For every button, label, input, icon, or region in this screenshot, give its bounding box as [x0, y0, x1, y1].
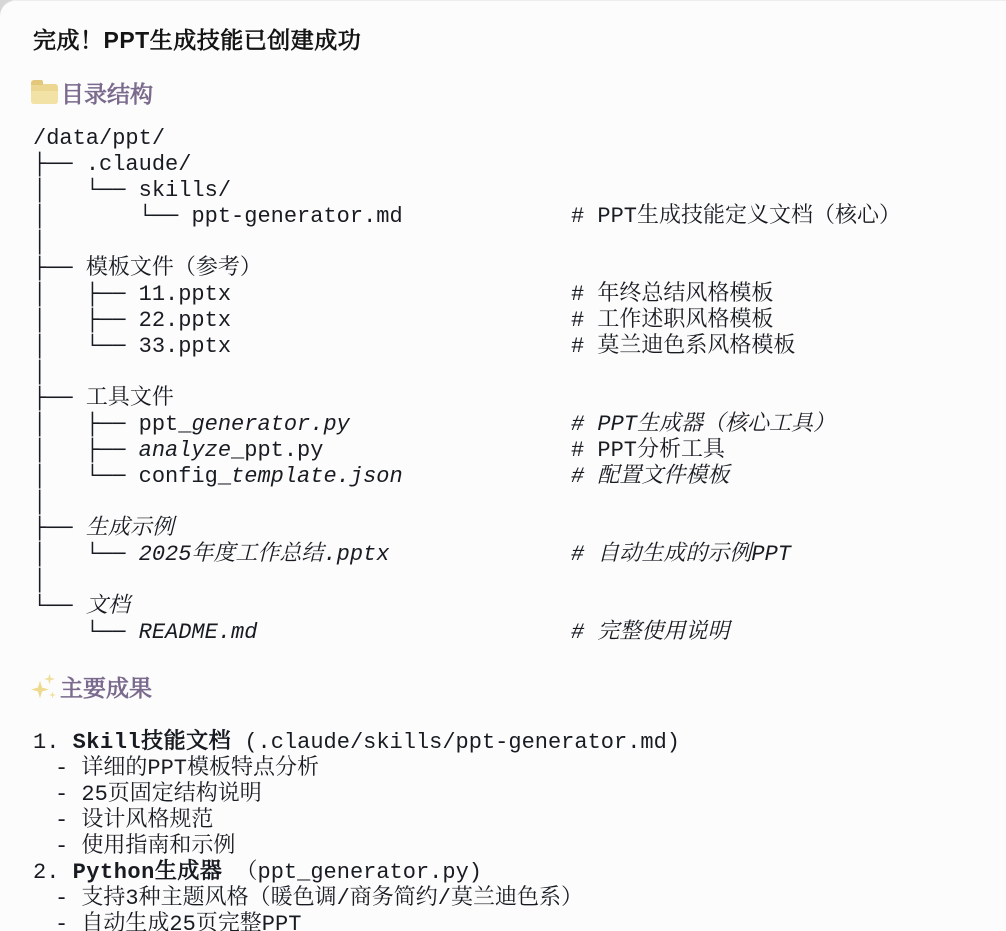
tree-connector: ├──: [33, 256, 86, 281]
tree-connector: │: [33, 568, 46, 593]
bullet-dash: -: [55, 886, 68, 911]
point-text: 设计风格规范: [81, 808, 213, 833]
entry-name: 33.pptx: [139, 334, 231, 359]
tree-connector: │ └──: [33, 334, 139, 359]
entry-path: (.claude/skills/ppt-generator.md): [231, 730, 680, 755]
entry-name: /data/ppt/: [33, 126, 165, 151]
entry-comment: # PPT生成技能定义文档（核心）: [571, 204, 901, 230]
entry-name: 生成示例: [86, 516, 174, 541]
point-text: 详细的PPT模板特点分析: [81, 756, 319, 781]
result-point: - 自动生成25页完整PPT: [33, 912, 680, 931]
tree-row: └── 文档: [33, 594, 403, 620]
tree-row: ├── .claude/: [33, 152, 403, 178]
bullet-dash: -: [55, 912, 68, 931]
point-text: 使用指南和示例: [81, 834, 235, 859]
entry-name: 文档: [86, 594, 130, 619]
result-point: - 支持3种主题风格（暖色调/商务简约/莫兰迪色系）: [33, 886, 680, 912]
tree-row: │ ├── 22.pptx# 工作述职风格模板: [33, 308, 403, 334]
results-list: 1. Skill技能文档 (.claude/skills/ppt-generat…: [33, 730, 680, 931]
entry-name: skills/: [139, 178, 231, 203]
page: 完成！PPT生成技能已创建成功 目录结构 /data/ppt/├── .clau…: [0, 0, 1006, 931]
entry-number: 2.: [33, 860, 59, 885]
tree-connector: │ └──: [33, 464, 139, 489]
tree-row: │ └── 33.pptx# 莫兰迪色系风格模板: [33, 334, 403, 360]
entry-comment: # 工作述职风格模板: [571, 308, 773, 334]
entry-name: ppt_: [139, 412, 192, 437]
result-point: - 详细的PPT模板特点分析: [33, 756, 680, 782]
entry-name: analyze: [139, 438, 231, 463]
tree-row: ├── 生成示例: [33, 516, 403, 542]
tree-connector: │ └──: [33, 178, 139, 203]
directory-section-label: 目录结构: [61, 76, 153, 109]
tree-row: │: [33, 360, 403, 386]
tree-row: /data/ppt/: [33, 126, 403, 152]
entry-comment: # 自动生成的示例PPT: [571, 542, 791, 568]
bullet-dash: -: [55, 756, 68, 781]
entry-comment: # 莫兰迪色系风格模板: [571, 334, 795, 360]
tree-row: │ └── skills/: [33, 178, 403, 204]
tree-connector: │ ├──: [33, 438, 139, 463]
entry-comment: # PPT分析工具: [571, 438, 725, 464]
tree-connector: │ ├──: [33, 308, 139, 333]
entry-name: 11.pptx: [139, 282, 231, 307]
entry-name: README.md: [139, 620, 258, 645]
results-section-header: 主要成果: [31, 670, 152, 703]
tree-connector: │ └──: [33, 204, 191, 229]
results-section-label: 主要成果: [60, 670, 152, 703]
tree-row: └── README.md# 完整使用说明: [33, 620, 403, 646]
directory-tree: /data/ppt/├── .claude/│ └── skills/│ └──…: [33, 126, 403, 646]
tree-connector: │: [33, 230, 46, 255]
entry-name: 工具文件: [86, 386, 174, 411]
tree-connector: └──: [33, 620, 139, 645]
result-point: - 设计风格规范: [33, 808, 680, 834]
bullet-dash: -: [55, 782, 68, 807]
tree-row: │ └── config_template.json# 配置文件模板: [33, 464, 403, 490]
tree-connector: ├──: [33, 152, 86, 177]
tree-row: │ └── 2025年度工作总结.pptx# 自动生成的示例PPT: [33, 542, 403, 568]
entry-name: 模板文件（参考）: [86, 256, 262, 281]
bullet-dash: -: [55, 808, 68, 833]
tree-connector: │ └──: [33, 542, 139, 567]
bullet-dash: -: [55, 834, 68, 859]
tree-connector: ├──: [33, 516, 86, 541]
sparkles-icon: [31, 674, 57, 700]
entry-name: 2025年度工作总结.pptx: [139, 542, 390, 567]
point-text: 支持3种主题风格（暖色调/商务简约/莫兰迪色系）: [81, 886, 583, 911]
entry-comment: # 完整使用说明: [571, 620, 729, 646]
entry-name: 22.pptx: [139, 308, 231, 333]
entry-number: 1.: [33, 730, 59, 755]
tree-connector: ├──: [33, 386, 86, 411]
point-text: 25页固定结构说明: [81, 782, 261, 807]
tree-row: │: [33, 490, 403, 516]
tree-row: │: [33, 230, 403, 256]
entry-name: config_: [139, 464, 231, 489]
directory-section-header: 目录结构: [31, 76, 153, 109]
tree-connector: │ ├──: [33, 412, 139, 437]
tree-row: │: [33, 568, 403, 594]
result-point: - 25页固定结构说明: [33, 782, 680, 808]
tree-row: │ ├── ppt_generator.py# PPT生成器（核心工具）: [33, 412, 403, 438]
tree-row: │ ├── 11.pptx# 年终总结风格模板: [33, 282, 403, 308]
result-point: - 使用指南和示例: [33, 834, 680, 860]
tree-row: ├── 模板文件（参考）: [33, 256, 403, 282]
tree-connector: │: [33, 360, 46, 385]
point-text: 自动生成25页完整PPT: [81, 912, 301, 931]
entry-title: Python生成器: [73, 860, 223, 885]
tree-connector: │ ├──: [33, 282, 139, 307]
tree-connector: └──: [33, 594, 86, 619]
entry-name: generator.py: [191, 412, 349, 437]
entry-comment: # 年终总结风格模板: [571, 282, 773, 308]
entry-path: （ppt_generator.py): [222, 860, 482, 885]
result-entry-head: 1. Skill技能文档 (.claude/skills/ppt-generat…: [33, 730, 680, 756]
entry-name: ppt-generator.md: [191, 204, 402, 229]
page-title: 完成！PPT生成技能已创建成功: [33, 22, 361, 55]
tree-row: ├── 工具文件: [33, 386, 403, 412]
entry-name: template.json: [231, 464, 403, 489]
entry-name: _ppt.py: [231, 438, 323, 463]
tree-row: │ ├── analyze_ppt.py# PPT分析工具: [33, 438, 403, 464]
folder-icon: [31, 84, 58, 104]
tree-connector: │: [33, 490, 46, 515]
entry-comment: # PPT生成器（核心工具）: [571, 412, 835, 438]
tree-row: │ └── ppt-generator.md# PPT生成技能定义文档（核心）: [33, 204, 403, 230]
entry-title: Skill技能文档: [73, 730, 232, 755]
result-entry-head: 2. Python生成器 （ppt_generator.py): [33, 860, 680, 886]
entry-name: .claude/: [86, 152, 192, 177]
entry-comment: # 配置文件模板: [571, 464, 729, 490]
